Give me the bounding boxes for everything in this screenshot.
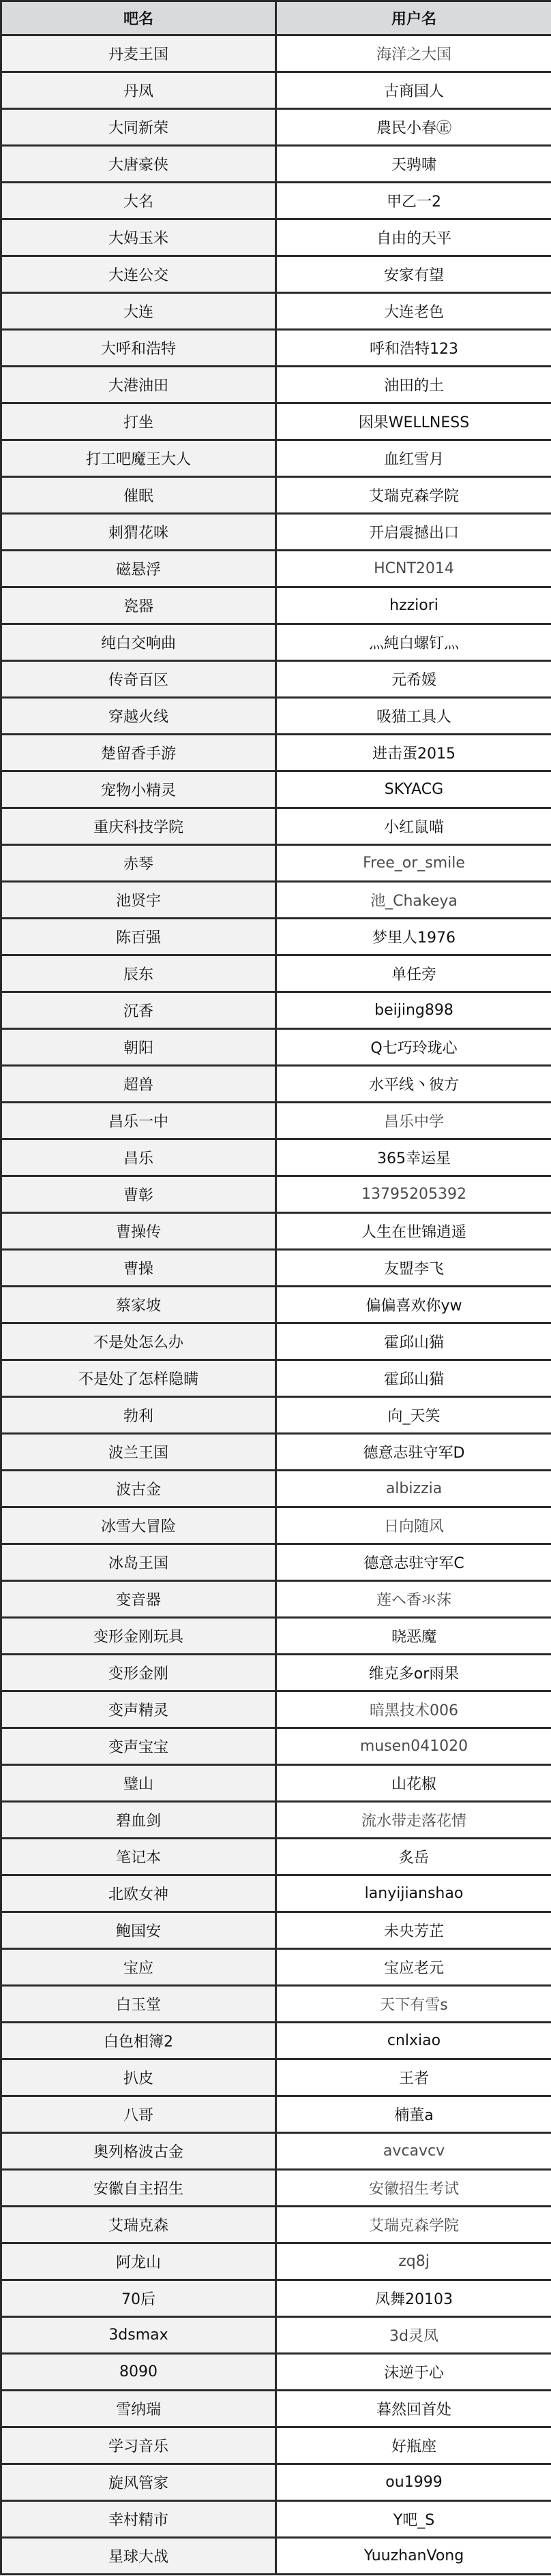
table-row: 昌乐365幸运星	[1, 1139, 551, 1176]
bar-name-cell: 笔记本	[1, 1839, 276, 1875]
bar-name-cell: 楚留香手游	[1, 735, 276, 771]
table-row: 变形金刚玩具晓恶魔	[1, 1618, 551, 1655]
user-name-cell: YuuzhanVong	[276, 2538, 551, 2575]
table-row: 宠物小精灵SKYACG	[1, 771, 551, 808]
bar-name-cell: 辰东	[1, 955, 276, 992]
table-row: 宝应宝应老元	[1, 1949, 551, 1986]
bar-name-cell: 打坐	[1, 403, 276, 440]
bar-name-cell: 磁悬浮	[1, 551, 276, 587]
table-row: 曹操传人生在世锦逍遥	[1, 1213, 551, 1250]
bar-name-cell: 不是处了怎样隐瞒	[1, 1360, 276, 1397]
user-name-cell: 日向随风	[276, 1507, 551, 1544]
user-name-cell: 暗黑技术006	[276, 1691, 551, 1728]
table-row: 碧血剑流水带走落花情	[1, 1802, 551, 1839]
bar-name-cell: 大港油田	[1, 367, 276, 403]
table-row: 大连公交安家有望	[1, 256, 551, 293]
bar-name-cell: 变声宝宝	[1, 1728, 276, 1765]
table-row: 大同新荣農民小春㊣	[1, 109, 551, 146]
bar-name-cell: 星球大战	[1, 2538, 276, 2575]
user-name-cell: Free_or_smile	[276, 845, 551, 882]
bar-name-cell: 波兰王国	[1, 1434, 276, 1471]
table-row: 曹操友盟李飞	[1, 1250, 551, 1287]
table-row: 不是处了怎样隐瞒霍邱山猫	[1, 1360, 551, 1397]
table-row: 雪纳瑞暮然回首处	[1, 2391, 551, 2427]
table-row: 沉香beijing898	[1, 992, 551, 1029]
bar-name-cell: 3dsmax	[1, 2317, 276, 2354]
table-header-row: 吧名 用户名	[1, 1, 551, 35]
user-name-cell: albizzia	[276, 1471, 551, 1507]
table-row: 变声精灵暗黑技术006	[1, 1691, 551, 1728]
user-name-cell: 昌乐中学	[276, 1103, 551, 1139]
bar-name-cell: 曹操	[1, 1250, 276, 1287]
user-name-cell: 天下有雪s	[276, 1986, 551, 2023]
bar-name-cell: 碧血剑	[1, 1802, 276, 1839]
bar-name-cell: 打工吧魔王大人	[1, 440, 276, 477]
user-name-cell: hzziori	[276, 587, 551, 624]
bar-name-cell: 变声精灵	[1, 1691, 276, 1728]
table-row: 扒皮王者	[1, 2059, 551, 2096]
table-row: 丹麦王国海洋之大国	[1, 35, 551, 72]
user-name-cell: 德意志驻守军D	[276, 1434, 551, 1471]
bar-name-cell: 鲍国安	[1, 1912, 276, 1949]
user-name-cell: 大连老色	[276, 293, 551, 330]
table-row: 刺猬花咪开启震撼出口	[1, 514, 551, 551]
user-name-cell: 水平线丶彼方	[276, 1066, 551, 1103]
table-row: 纯白交响曲灬純白螺钉灬	[1, 624, 551, 661]
table-row: 瓷器hzziori	[1, 587, 551, 624]
table-row: 星球大战YuuzhanVong	[1, 2538, 551, 2575]
user-name-cell: 山花椒	[276, 1765, 551, 1802]
bar-name-cell: 朝阳	[1, 1029, 276, 1066]
bar-name-cell: 变形金刚	[1, 1655, 276, 1691]
table-row: 8090沫逆于心	[1, 2354, 551, 2391]
user-name-cell: 人生在世锦逍遥	[276, 1213, 551, 1250]
bar-name-cell: 八哥	[1, 2096, 276, 2133]
bar-name-cell: 北欧女神	[1, 1875, 276, 1912]
table-row: 曹彰13795205392	[1, 1176, 551, 1213]
bar-name-cell: 穿越火线	[1, 698, 276, 735]
table-row: 重庆科技学院小红鼠喵	[1, 808, 551, 845]
bar-name-cell: 刺猬花咪	[1, 514, 276, 551]
user-name-cell: 宝应老元	[276, 1949, 551, 1986]
user-name-cell: 13795205392	[276, 1176, 551, 1213]
table-row: 磁悬浮HCNT2014	[1, 551, 551, 587]
bar-name-cell: 扒皮	[1, 2059, 276, 2096]
user-name-cell: 艾瑞克森学院	[276, 477, 551, 514]
table-row: 传奇百区元希媛	[1, 661, 551, 698]
table-row: 璧山山花椒	[1, 1765, 551, 1802]
user-name-cell: 好瓶座	[276, 2427, 551, 2464]
table-row: 变形金刚维克多or雨果	[1, 1655, 551, 1691]
table-row: 冰雪大冒险日向随风	[1, 1507, 551, 1544]
table-row: 奥列格波古金avcavcv	[1, 2133, 551, 2170]
table-row: 勃利向_天笑	[1, 1397, 551, 1434]
table-row: 昌乐一中昌乐中学	[1, 1103, 551, 1139]
bar-name-cell: 璧山	[1, 1765, 276, 1802]
bar-name-cell: 丹凤	[1, 72, 276, 109]
table-body: 丹麦王国海洋之大国丹凤古商国人大同新荣農民小春㊣大唐豪侠天骋啸大名甲乙一2大妈玉…	[1, 35, 551, 2575]
bar-name-cell: 旋风管家	[1, 2464, 276, 2501]
user-name-cell: 流水带走落花情	[276, 1802, 551, 1839]
table-row: 波兰王国德意志驻守军D	[1, 1434, 551, 1471]
bar-name-cell: 赤琴	[1, 845, 276, 882]
bar-name-cell: 大连公交	[1, 256, 276, 293]
user-name-cell: Q七巧玲珑心	[276, 1029, 551, 1066]
bar-user-table: 吧名 用户名 丹麦王国海洋之大国丹凤古商国人大同新荣農民小春㊣大唐豪侠天骋啸大名…	[0, 0, 551, 2575]
table-row: 陈百强梦里人1976	[1, 919, 551, 955]
bar-name-cell: 催眠	[1, 477, 276, 514]
user-name-cell: 安徽招生考试	[276, 2170, 551, 2207]
user-name-cell: 开启震撼出口	[276, 514, 551, 551]
user-name-cell: 暮然回首处	[276, 2391, 551, 2427]
user-name-cell: cnlxiao	[276, 2023, 551, 2059]
bar-name-cell: 池贤宇	[1, 882, 276, 919]
user-name-cell: 莲ヘ香氺莯	[276, 1581, 551, 1618]
bar-name-cell: 曹彰	[1, 1176, 276, 1213]
table-row: 朝阳Q七巧玲珑心	[1, 1029, 551, 1066]
bar-name-cell: 安徽自主招生	[1, 2170, 276, 2207]
bar-name-cell: 大连	[1, 293, 276, 330]
user-name-cell: 3d灵凤	[276, 2317, 551, 2354]
user-name-cell: 友盟李飞	[276, 1250, 551, 1287]
user-name-cell: 自由的天平	[276, 219, 551, 256]
bar-name-cell: 蔡家坡	[1, 1287, 276, 1323]
user-name-cell: 王者	[276, 2059, 551, 2096]
user-name-cell: 安家有望	[276, 256, 551, 293]
table-row: 学习音乐好瓶座	[1, 2427, 551, 2464]
user-name-cell: 凤舞20103	[276, 2280, 551, 2317]
user-name-cell: 古商国人	[276, 72, 551, 109]
bar-name-cell: 70后	[1, 2280, 276, 2317]
table-row: 赤琴Free_or_smile	[1, 845, 551, 882]
table-row: 大唐豪侠天骋啸	[1, 146, 551, 183]
table-row: 3dsmax3d灵凤	[1, 2317, 551, 2354]
table-row: 打工吧魔王大人血红雪月	[1, 440, 551, 477]
bar-name-cell: 宠物小精灵	[1, 771, 276, 808]
user-name-cell: 偏偏喜欢你yw	[276, 1287, 551, 1323]
user-name-cell: 油田的土	[276, 367, 551, 403]
bar-name-cell: 雪纳瑞	[1, 2391, 276, 2427]
user-name-cell: HCNT2014	[276, 551, 551, 587]
table-row: 白色相簿2cnlxiao	[1, 2023, 551, 2059]
bar-name-cell: 昌乐	[1, 1139, 276, 1176]
bar-name-cell: 超兽	[1, 1066, 276, 1103]
bar-name-cell: 变音器	[1, 1581, 276, 1618]
bar-name-cell: 艾瑞克森	[1, 2207, 276, 2243]
bar-name-cell: 冰岛王国	[1, 1544, 276, 1581]
table-row: 辰东单任旁	[1, 955, 551, 992]
user-name-cell: 霍邱山猫	[276, 1323, 551, 1360]
user-name-cell: 炙岳	[276, 1839, 551, 1875]
user-name-cell: 晓恶魔	[276, 1618, 551, 1655]
table-row: 鲍国安未央芳芷	[1, 1912, 551, 1949]
table-row: 变声宝宝musen041020	[1, 1728, 551, 1765]
bar-name-cell: 不是处怎么办	[1, 1323, 276, 1360]
bar-name-cell: 大同新荣	[1, 109, 276, 146]
bar-name-cell: 勃利	[1, 1397, 276, 1434]
bar-name-cell: 传奇百区	[1, 661, 276, 698]
bar-name-cell: 昌乐一中	[1, 1103, 276, 1139]
bar-name-cell: 8090	[1, 2354, 276, 2391]
user-name-cell: 血红雪月	[276, 440, 551, 477]
user-name-cell: 池_Chakeya	[276, 882, 551, 919]
table-row: 池贤宇池_Chakeya	[1, 882, 551, 919]
table-row: 白玉堂天下有雪s	[1, 1986, 551, 2023]
user-name-cell: lanyijianshao	[276, 1875, 551, 1912]
bar-name-cell: 纯白交响曲	[1, 624, 276, 661]
bar-name-cell: 大妈玉米	[1, 219, 276, 256]
bar-name-cell: 大呼和浩特	[1, 330, 276, 367]
bar-name-cell: 宝应	[1, 1949, 276, 1986]
table-row: 70后凤舞20103	[1, 2280, 551, 2317]
user-name-cell: 元希媛	[276, 661, 551, 698]
table-row: 冰岛王国德意志驻守军C	[1, 1544, 551, 1581]
user-name-cell: 天骋啸	[276, 146, 551, 183]
user-name-cell: musen041020	[276, 1728, 551, 1765]
table-row: 艾瑞克森艾瑞克森学院	[1, 2207, 551, 2243]
bar-name-cell: 瓷器	[1, 587, 276, 624]
table-row: 大港油田油田的土	[1, 367, 551, 403]
table-row: 笔记本炙岳	[1, 1839, 551, 1875]
table-row: 楚留香手游进击蛋2015	[1, 735, 551, 771]
bar-name-cell: 幸村精市	[1, 2501, 276, 2538]
user-name-cell: 吸猫工具人	[276, 698, 551, 735]
bar-name-cell: 白玉堂	[1, 1986, 276, 2023]
table-row: 大呼和浩特呼和浩特123	[1, 330, 551, 367]
user-name-cell: 呼和浩特123	[276, 330, 551, 367]
table-row: 阿龙山zq8j	[1, 2243, 551, 2280]
bar-name-cell: 陈百强	[1, 919, 276, 955]
bar-name-cell: 阿龙山	[1, 2243, 276, 2280]
bar-name-cell: 大唐豪侠	[1, 146, 276, 183]
table-row: 打坐因果WELLNESS	[1, 403, 551, 440]
user-name-cell: ou1999	[276, 2464, 551, 2501]
bar-name-cell: 曹操传	[1, 1213, 276, 1250]
bar-name-cell: 变形金刚玩具	[1, 1618, 276, 1655]
user-name-cell: beijing898	[276, 992, 551, 1029]
table-row: 大连大连老色	[1, 293, 551, 330]
user-name-cell: zq8j	[276, 2243, 551, 2280]
user-name-cell: Y吧_S	[276, 2501, 551, 2538]
user-name-cell: SKYACG	[276, 771, 551, 808]
user-name-cell: 德意志驻守军C	[276, 1544, 551, 1581]
user-name-cell: 梦里人1976	[276, 919, 551, 955]
table-row: 旋风管家ou1999	[1, 2464, 551, 2501]
bar-name-cell: 波古金	[1, 1471, 276, 1507]
table-row: 不是处怎么办霍邱山猫	[1, 1323, 551, 1360]
bar-name-cell: 沉香	[1, 992, 276, 1029]
table-row: 大名甲乙一2	[1, 183, 551, 219]
user-name-cell: 霍邱山猫	[276, 1360, 551, 1397]
user-name-cell: 未央芳芷	[276, 1912, 551, 1949]
user-name-cell: 进击蛋2015	[276, 735, 551, 771]
bar-name-cell: 丹麦王国	[1, 35, 276, 72]
bar-name-cell: 重庆科技学院	[1, 808, 276, 845]
table-row: 丹凤古商国人	[1, 72, 551, 109]
user-name-cell: 海洋之大国	[276, 35, 551, 72]
table-row: 蔡家坡偏偏喜欢你yw	[1, 1287, 551, 1323]
column-header-bar-name: 吧名	[1, 1, 276, 35]
user-name-cell: 甲乙一2	[276, 183, 551, 219]
user-name-cell: 灬純白螺钉灬	[276, 624, 551, 661]
table-row: 安徽自主招生安徽招生考试	[1, 2170, 551, 2207]
bar-name-cell: 学习音乐	[1, 2427, 276, 2464]
table-row: 北欧女神lanyijianshao	[1, 1875, 551, 1912]
user-name-cell: 楠董a	[276, 2096, 551, 2133]
table-row: 催眠艾瑞克森学院	[1, 477, 551, 514]
user-name-cell: 365幸运星	[276, 1139, 551, 1176]
table-row: 超兽水平线丶彼方	[1, 1066, 551, 1103]
user-name-cell: 艾瑞克森学院	[276, 2207, 551, 2243]
user-name-cell: 维克多or雨果	[276, 1655, 551, 1691]
bar-name-cell: 大名	[1, 183, 276, 219]
user-name-cell: 向_天笑	[276, 1397, 551, 1434]
table-row: 波古金albizzia	[1, 1471, 551, 1507]
table-row: 穿越火线吸猫工具人	[1, 698, 551, 735]
table-row: 幸村精市Y吧_S	[1, 2501, 551, 2538]
user-name-cell: 農民小春㊣	[276, 109, 551, 146]
table-row: 变音器莲ヘ香氺莯	[1, 1581, 551, 1618]
bar-name-cell: 白色相簿2	[1, 2023, 276, 2059]
user-name-cell: 小红鼠喵	[276, 808, 551, 845]
table-row: 大妈玉米自由的天平	[1, 219, 551, 256]
bar-name-cell: 奥列格波古金	[1, 2133, 276, 2170]
column-header-user-name: 用户名	[276, 1, 551, 35]
user-name-cell: avcavcv	[276, 2133, 551, 2170]
user-name-cell: 单任旁	[276, 955, 551, 992]
user-name-cell: 沫逆于心	[276, 2354, 551, 2391]
user-name-cell: 因果WELLNESS	[276, 403, 551, 440]
table-row: 八哥楠董a	[1, 2096, 551, 2133]
bar-name-cell: 冰雪大冒险	[1, 1507, 276, 1544]
